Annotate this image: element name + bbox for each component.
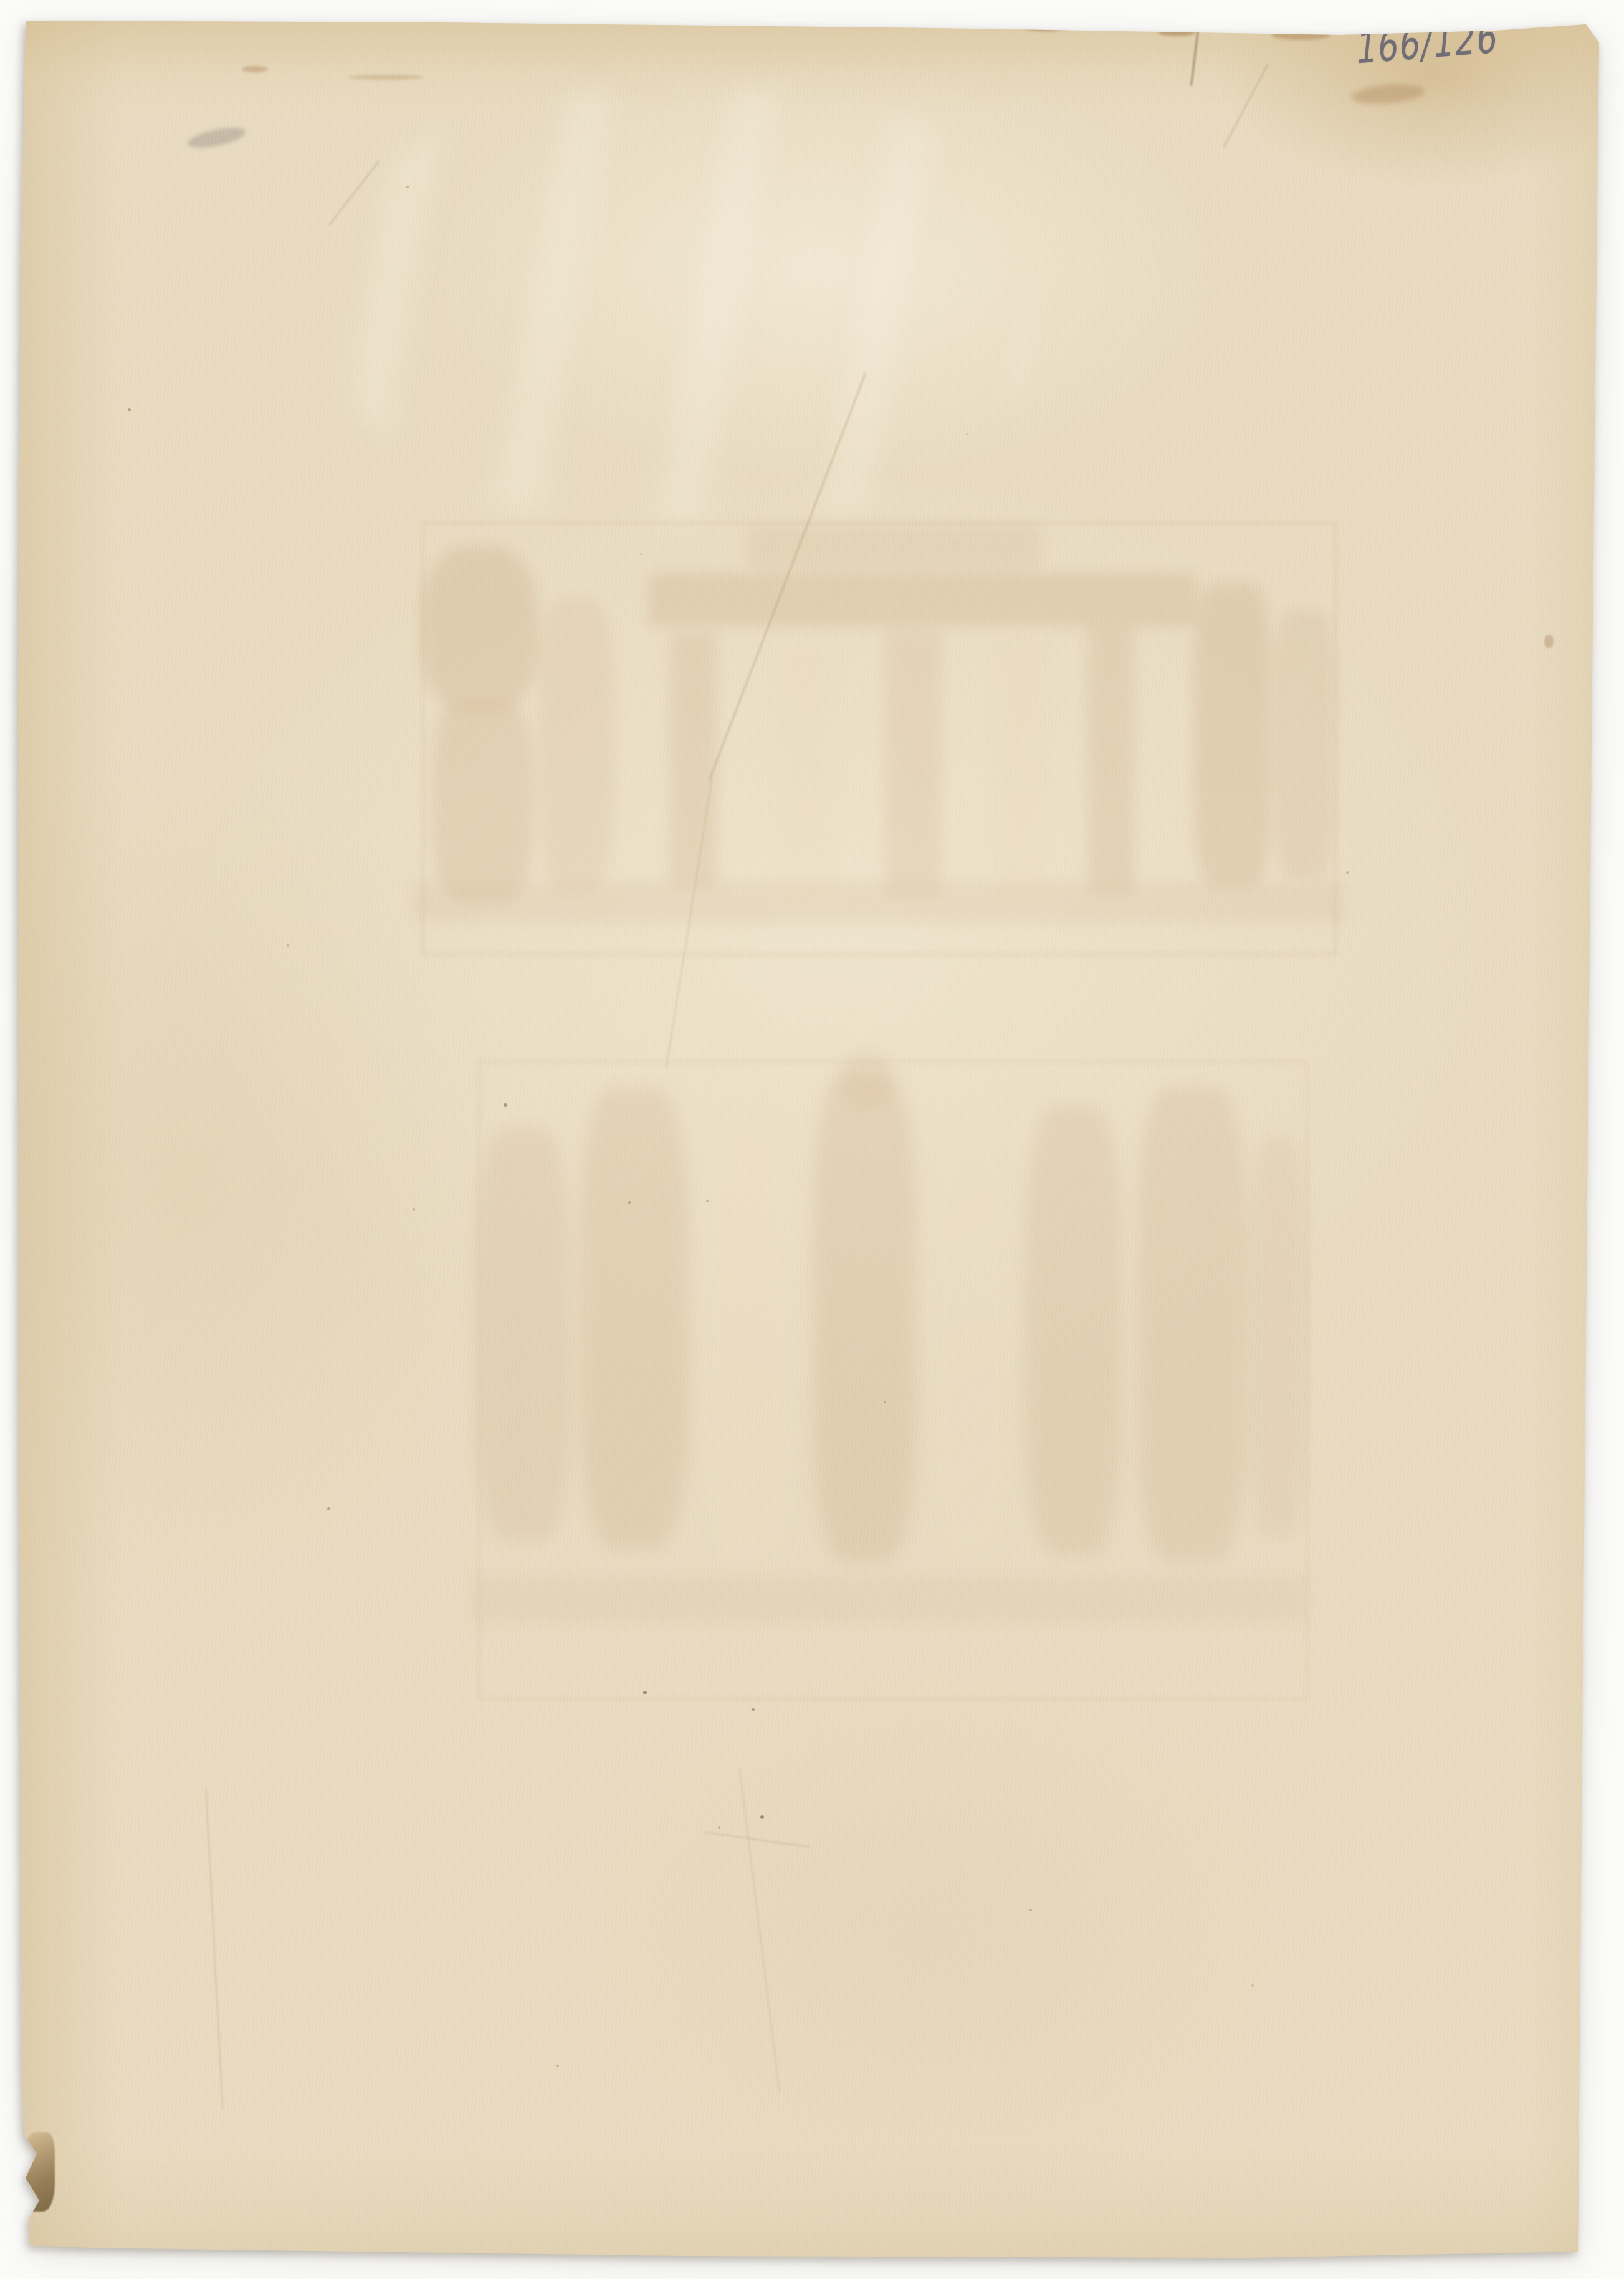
foxing-spot [327,1507,330,1510]
foxing-spot [1029,1909,1032,1911]
paper-shadow: 166/126 [0,0,1624,2279]
foxing-spot [760,1815,764,1819]
photo-backdrop: 166/126 [0,0,1624,2279]
foxing-spot [128,408,131,411]
foxing-spot [413,1208,415,1211]
edge-damage-chip [21,2132,55,2212]
foxing-spot [641,553,642,555]
foxing-spot [287,944,289,947]
foxing-spot [1544,635,1554,648]
edge-stain [1271,30,1330,40]
foxing-spot [406,186,409,188]
foxing-spot [752,1708,755,1711]
edge-stain [349,75,424,80]
edge-stain [1158,29,1195,36]
foxing-spot [1346,871,1349,874]
platemark-outline-upper [423,522,1336,955]
foxing-spot [884,1401,886,1403]
paper-sheen [343,87,1028,524]
platemark-outline-lower [479,1061,1307,1699]
edge-stain [1022,22,1069,31]
foxing-spot [718,1826,720,1829]
edge-stain [242,66,268,72]
foxing-spot [504,1103,507,1107]
foxing-spot [556,2065,559,2067]
foxing-spot [966,433,968,435]
foxing-spot [1251,1984,1254,1987]
foxing-spot [706,1200,709,1202]
foxing-spot [628,1201,631,1204]
inscription-number: 166/126 [1354,15,1501,70]
paper-sheet-verso: 166/126 [0,0,1624,2279]
foxing-spot [643,1691,647,1694]
